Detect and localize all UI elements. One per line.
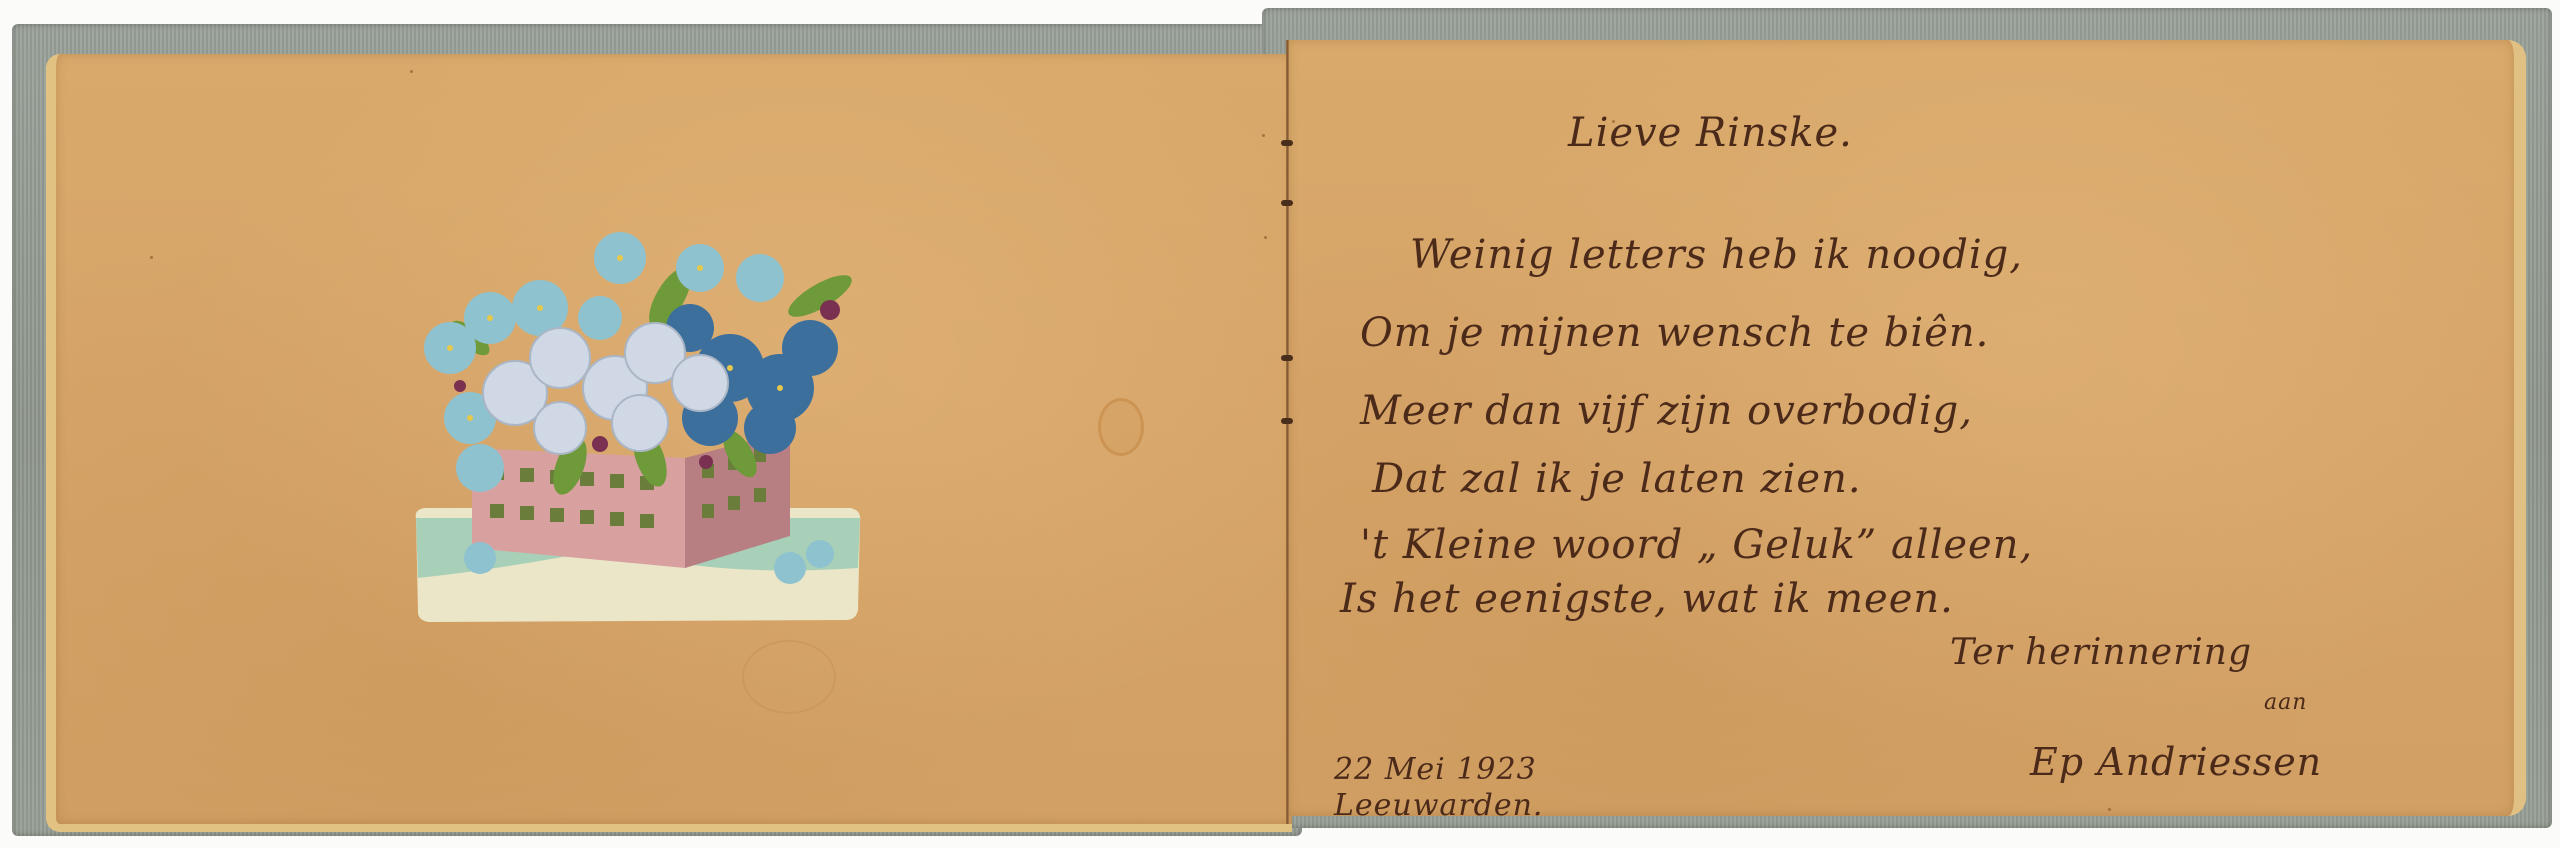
poem-line-4: Dat zal ik je laten zien. bbox=[1372, 456, 1862, 502]
poem-line-3: Meer dan vijf zijn overbodig, bbox=[1360, 388, 1973, 434]
date-text: 22 Mei 1923 bbox=[1334, 752, 1537, 787]
poem-line-6: Is het eenigste, wat ik meen. bbox=[1340, 576, 1954, 622]
binding-stitch bbox=[1281, 200, 1293, 206]
binding-stitch bbox=[1281, 140, 1293, 146]
closing-ter-herinnering: Ter herinnering bbox=[1950, 632, 2252, 673]
poem-line-1: Weinig letters heb ik noodig, bbox=[1410, 232, 2023, 278]
closing-aan: aan bbox=[2264, 690, 2307, 715]
binding-stitch bbox=[1281, 355, 1293, 361]
foxing-speck bbox=[1262, 134, 1265, 137]
foxing-speck bbox=[2108, 808, 2111, 811]
binding-stitch bbox=[1281, 418, 1293, 424]
signature: Ep Andriessen bbox=[2030, 740, 2322, 784]
binding-gutter bbox=[1286, 40, 1289, 824]
water-stain bbox=[1098, 398, 1144, 456]
water-stain bbox=[742, 640, 836, 714]
foxing-speck bbox=[1264, 236, 1267, 239]
greeting-text: Lieve Rinske. bbox=[1568, 110, 1853, 156]
flower-basket-illustration bbox=[410, 218, 870, 638]
poem-line-5: 't Kleine woord „ Geluk” alleen, bbox=[1360, 522, 2033, 568]
poem-line-2: Om je mijnen wensch te biên. bbox=[1360, 310, 1989, 356]
place-text: Leeuwarden. bbox=[1334, 788, 1543, 823]
foxing-speck bbox=[150, 256, 153, 259]
foxing-speck bbox=[410, 70, 413, 73]
